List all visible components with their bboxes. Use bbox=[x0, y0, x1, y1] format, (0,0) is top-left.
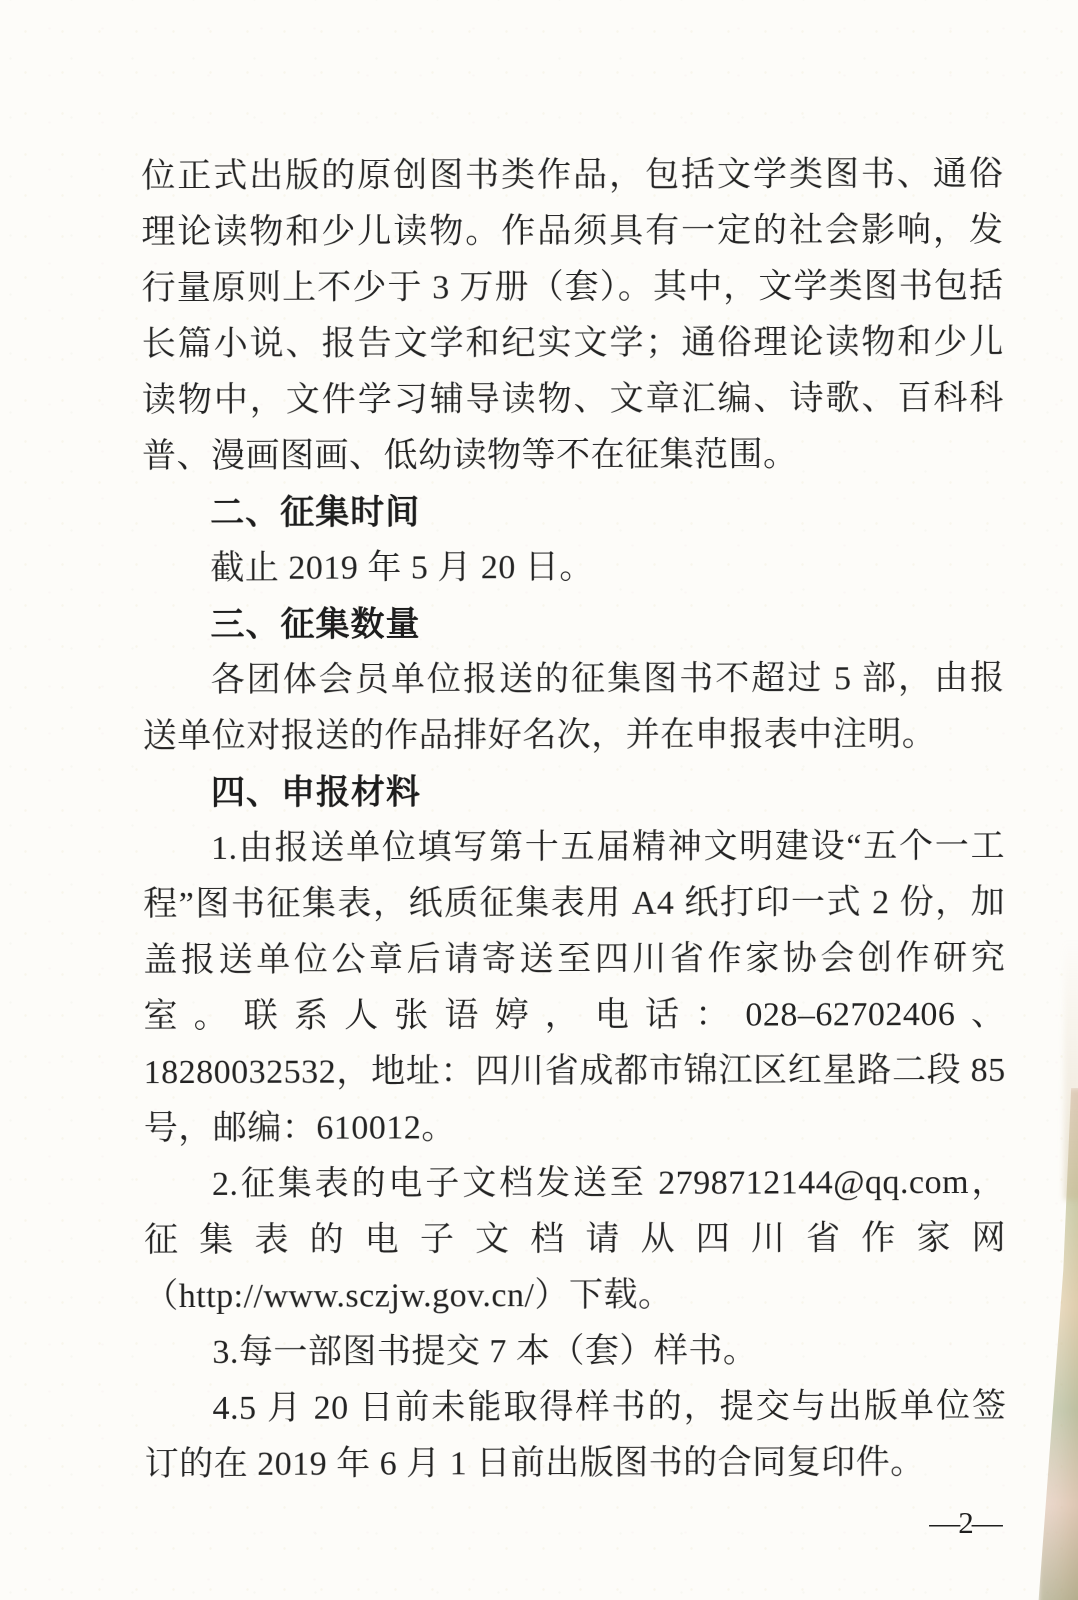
document-body: 位正式出版的原创图书类作品，包括文学类图书、通俗理论读物和少儿读物。作品须具有一… bbox=[141, 147, 1007, 1493]
page-number: —2— bbox=[905, 1505, 1025, 1541]
paragraph-scope-continuation: 位正式出版的原创图书类作品，包括文学类图书、通俗理论读物和少儿读物。作品须具有一… bbox=[141, 147, 1004, 485]
section-heading-collection-time: 二、征集时间 bbox=[142, 483, 1004, 541]
paragraph-item-2-electronic-form: 2.征集表的电子文档发送至 2798712144@qq.com，征集表的电子文档… bbox=[144, 1155, 1006, 1325]
scanned-document-page: 位正式出版的原创图书类作品，包括文学类图书、通俗理论读物和少儿读物。作品须具有一… bbox=[0, 0, 1078, 1600]
paragraph-item-3-sample-books: 3.每一部图书提交 7 本（套）样书。 bbox=[144, 1323, 1006, 1381]
section-heading-collection-quantity: 三、征集数量 bbox=[142, 595, 1004, 653]
paragraph-item-1-application-form: 1.由报送单位填写第十五届精神文明建设“五个一工程”图书征集表，纸质征集表用 A… bbox=[143, 819, 1006, 1157]
scan-edge-artifact-upper bbox=[1064, 940, 1078, 1200]
scan-edge-artifact bbox=[1038, 1088, 1078, 1600]
section-heading-application-materials: 四、申报材料 bbox=[143, 763, 1005, 821]
paragraph-quantity-rule: 各团体会员单位报送的征集图书不超过 5 部，由报送单位对报送的作品排好名次，并在… bbox=[143, 651, 1005, 765]
paragraph-deadline: 截止 2019 年 5 月 20 日。 bbox=[142, 539, 1004, 597]
paragraph-item-4-contract-copy: 4.5 月 20 日前未能取得样书的，提交与出版单位签订的在 2019 年 6 … bbox=[144, 1379, 1006, 1493]
